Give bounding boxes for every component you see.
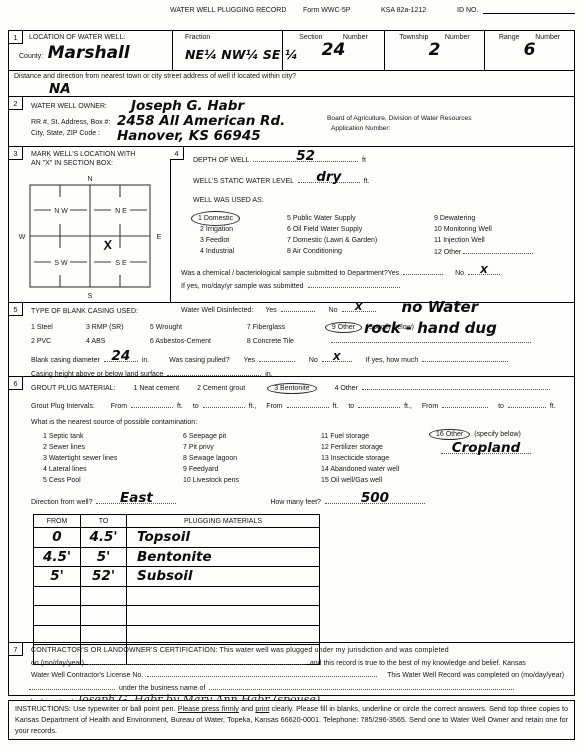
use-item: 9 Dewatering xyxy=(434,213,535,224)
column-header-materials: PLUGGING MATERIALS xyxy=(127,515,320,528)
contamination-other: 16 Other (specify below) Cropland xyxy=(433,431,531,486)
sample-no-mark: X xyxy=(480,266,488,276)
contamination-item: 4 Lateral lines xyxy=(43,464,183,475)
section-7-number: 7 xyxy=(9,643,23,656)
instructions-underline-2: print xyxy=(255,704,269,713)
county-value: Marshall xyxy=(48,43,130,63)
plugging-materials-table: FROM TO PLUGGING MATERIALS 0 4.5' Topsoi… xyxy=(33,514,320,665)
use-item: 12 Other xyxy=(434,249,461,256)
compass-s-label: S xyxy=(88,293,93,300)
contamination-column-1: 1 Septic tank 2 Sewer lines 3 Watertight… xyxy=(43,431,183,486)
ft-label: ft. xyxy=(550,403,556,410)
scanned-form-page: WATER WELL PLUGGING RECORD Form WWC-5P K… xyxy=(0,0,583,750)
interval-blank xyxy=(203,400,245,408)
section-4-well-details: 4 DEPTH OF WELL 52 ft WELL'S STATIC WATE… xyxy=(171,147,574,302)
feet-label: How many feet? xyxy=(270,499,321,506)
section-6-grout: 6 GROUT PLUG MATERIAL: 1 Neat cement 2 C… xyxy=(9,377,574,643)
business-name-blank xyxy=(209,682,514,690)
section-6-title: GROUT PLUG MATERIAL: xyxy=(31,385,116,392)
quadrant-se-label: S E xyxy=(115,260,127,267)
certification-date-label: on (mo/day/year) xyxy=(31,660,84,667)
business-name-label: under the business name of xyxy=(119,685,205,692)
cell-to: 52' xyxy=(81,570,126,584)
use-item: 4 Industrial xyxy=(195,246,287,257)
use-item: 1 Domestic xyxy=(198,215,233,222)
address-value: 2458 All American Rd. xyxy=(117,115,285,129)
grout-other-blank xyxy=(362,382,550,390)
section-1-number: 1 xyxy=(9,31,23,44)
section-number-label: Number xyxy=(343,34,368,41)
pulled-no-mark: X xyxy=(333,353,341,363)
casing-other-circle: 9 Other xyxy=(325,322,362,333)
cell-material: Topsoil xyxy=(127,531,319,545)
from-label: From xyxy=(422,403,438,410)
feet-blank: 500 xyxy=(325,496,425,504)
instructions-text-1: Use typewriter or ball point pen. xyxy=(71,704,178,713)
direction-value: East xyxy=(120,492,153,506)
contamination-item: 8 Sewage lagoon xyxy=(183,453,321,464)
column-header-from: FROM xyxy=(34,515,81,528)
contamination-other-circle: 16 Other xyxy=(429,429,470,440)
direction-blank: East xyxy=(96,496,176,504)
cell-from: 5' xyxy=(34,570,80,584)
section-3-title-line1: MARK WELL'S LOCATION WITH xyxy=(9,147,170,159)
contamination-column-2: 6 Seepage pit 7 Pit privy 8 Sewage lagoo… xyxy=(183,431,321,486)
instructions-text-2: and xyxy=(239,704,255,713)
county-label: County: xyxy=(19,53,43,60)
contamination-question: What is the nearest source of possible c… xyxy=(31,419,197,426)
to-label: to xyxy=(348,403,354,410)
well-location-x-mark: X xyxy=(101,237,114,253)
depth-unit: ft xyxy=(362,157,366,164)
from-label: From xyxy=(266,403,282,410)
certification-line-1: CONTRACTOR'S OR LANDOWNER'S CERTIFICATIO… xyxy=(31,647,566,654)
grout-option: 1 Neat cement xyxy=(134,385,180,392)
cell-to: 4.5' xyxy=(81,531,126,545)
uses-column-3: 9 Dewatering 10 Monitoring Well 11 Injec… xyxy=(434,213,535,258)
intervals-label: Grout Plug Intervals: xyxy=(31,403,95,410)
id-no-blank xyxy=(483,6,575,14)
section-2-number: 2 xyxy=(9,97,23,110)
contamination-item: 6 Seepage pit xyxy=(183,431,321,442)
use-item: 7 Domestic (Lawn & Garden) xyxy=(287,235,434,246)
casing-diameter-blank: 24 xyxy=(104,354,138,362)
use-item: 10 Monitoring Well xyxy=(434,224,535,235)
grout-option: 4 Other xyxy=(335,385,358,392)
table-row xyxy=(34,586,320,606)
casing-pulled-label: Was casing pulled? xyxy=(169,357,229,364)
contamination-item: 16 Other xyxy=(436,431,463,438)
used-as-label: WELL WAS USED AS: xyxy=(193,197,264,204)
sample-question: Was a chemical / bacteriological sample … xyxy=(181,270,388,277)
contamination-item: 1 Septic tank xyxy=(43,431,183,442)
cell-to: 5' xyxy=(81,551,126,565)
use-item: 3 Feedlot xyxy=(195,235,287,246)
depth-value: 52 xyxy=(296,150,315,164)
casing-option: 9 Other xyxy=(332,324,355,331)
contamination-item: 13 Insecticide storage xyxy=(321,453,433,464)
pulled-yes-blank xyxy=(259,354,295,362)
table-row xyxy=(34,625,320,645)
depth-blank: 52 xyxy=(253,154,358,162)
address-label: RR #, St. Address, Box #: xyxy=(31,119,110,127)
fraction-label: Fraction xyxy=(185,34,282,42)
interval-blank xyxy=(131,400,173,408)
depth-label: DEPTH OF WELL xyxy=(193,157,249,164)
contamination-item: 14 Abandoned water well xyxy=(321,464,433,475)
compass-n-label: N xyxy=(87,176,92,183)
city-label: City, State, ZIP Code : xyxy=(31,130,100,138)
section-3-4-row: 3 MARK WELL'S LOCATION WITH AN "X" IN SE… xyxy=(9,147,574,303)
static-level-unit: ft. xyxy=(364,178,370,185)
range-value: 6 xyxy=(485,42,574,59)
section-5-title: TYPE OF BLANK CASING USED: xyxy=(31,308,568,316)
table-header-row: FROM TO PLUGGING MATERIALS xyxy=(34,515,320,528)
record-completed-blank xyxy=(29,682,115,690)
table-row: 5' 52' Subsoil xyxy=(34,567,320,587)
how-much-blank xyxy=(422,354,508,362)
contamination-other-value: Cropland xyxy=(452,442,521,456)
to-label: to xyxy=(498,403,504,410)
license-label: Water Well Contractor's License No. xyxy=(31,672,143,679)
casing-diameter-unit: in. xyxy=(142,357,149,364)
owner-value: Joseph G. Habr xyxy=(131,100,244,114)
casing-option: 5 Wrought xyxy=(150,324,245,331)
quadrant-sw-label: S W xyxy=(54,260,68,267)
section-6-number: 6 xyxy=(9,377,23,390)
use-item: 6 Oil Field Water Supply xyxy=(287,224,434,235)
use-other-blank xyxy=(463,246,533,254)
certification-line-2: and this record is true to the best of m… xyxy=(310,660,526,667)
use-item: 5 Public Water Supply xyxy=(287,213,434,224)
section-5-casing: 5 TYPE OF BLANK CASING USED: 1 Steel 3 R… xyxy=(9,303,574,377)
quadrant-ne-label: N E xyxy=(115,208,127,215)
use-item: 2 Irrigation xyxy=(195,224,287,235)
ft-comma-label: ft., xyxy=(404,403,412,410)
form-body: 1 LOCATION OF WATER WELL: County: Marsha… xyxy=(8,30,575,696)
section-4-number: 4 xyxy=(170,147,184,160)
cell-from: 4.5' xyxy=(34,551,80,565)
contamination-item: 11 Fuel storage xyxy=(321,431,433,442)
statute-ref: KSA 82a-1212 xyxy=(381,7,426,15)
instructions-underline-1: Please press firmly xyxy=(178,704,239,713)
section-3-number: 3 xyxy=(9,147,23,160)
form-number: Form WWC-5P xyxy=(303,7,350,15)
contamination-item: 12 Fertilizer storage xyxy=(321,442,433,453)
quadrant-nw-label: N W xyxy=(54,208,68,215)
section-1-title: LOCATION OF WATER WELL: xyxy=(29,34,172,42)
casing-option: 2 PVC xyxy=(31,338,84,345)
interval-blank xyxy=(287,400,329,408)
use-item: 11 Injection Well xyxy=(434,235,535,246)
column-header-to: TO xyxy=(81,515,127,528)
cell-material: Subsoil xyxy=(127,570,319,584)
city-value: Hanover, KS 66945 xyxy=(117,130,261,144)
interval-blank xyxy=(442,400,488,408)
table-row: 0 4.5' Topsoil xyxy=(34,528,320,548)
contamination-item: 10 Livestock pens xyxy=(183,475,321,486)
pulled-no-blank: X xyxy=(322,354,352,362)
direction-label: Direction from well? xyxy=(31,499,92,506)
form-title: WATER WELL PLUGGING RECORD xyxy=(170,7,286,15)
contamination-item: 9 Feedyard xyxy=(183,464,321,475)
instructions-box: INSTRUCTIONS: Use typewriter or ball poi… xyxy=(8,700,575,740)
distance-value: NA xyxy=(49,83,574,97)
casing-height-blank xyxy=(167,368,261,376)
cell-from: 0 xyxy=(34,531,80,545)
sample-yes-blank xyxy=(403,267,443,275)
interval-blank xyxy=(508,400,546,408)
instructions-label: INSTRUCTIONS: xyxy=(15,704,71,713)
license-blank xyxy=(147,669,377,677)
to-label: to xyxy=(193,403,199,410)
contamination-item: 2 Sewer lines xyxy=(43,442,183,453)
section-5-number: 5 xyxy=(9,303,23,316)
if-yes-label: If yes, mo/day/yr sample was submitted xyxy=(181,283,304,290)
table-row: 4.5' 5' Bentonite xyxy=(34,547,320,567)
casing-option: 1 Steel xyxy=(31,324,84,331)
certification-date-blank xyxy=(88,657,306,665)
uses-column-2: 5 Public Water Supply 6 Oil Field Water … xyxy=(287,213,434,258)
casing-other-value: rock - hand dug xyxy=(364,321,497,336)
section-7-certification: 7 CONTRACTOR'S OR LANDOWNER'S CERTIFICAT… xyxy=(9,643,574,695)
pulled-yes-label: Yes xyxy=(244,357,255,364)
ft-label: ft. xyxy=(333,403,339,410)
board-label: Board of Agriculture, Division of Water … xyxy=(327,115,472,124)
compass-w-label: W xyxy=(19,234,26,241)
cell-material: Bentonite xyxy=(127,551,319,565)
sample-date-blank xyxy=(308,280,400,288)
how-much-label: If yes, how much xyxy=(366,357,419,364)
township-value: 2 xyxy=(385,42,484,59)
section-2-owner: 2 WATER WELL OWNER: RR #, St. Address, B… xyxy=(9,97,574,147)
contamination-other-blank: Cropland xyxy=(441,446,531,454)
sample-no-label: No xyxy=(455,270,464,277)
table-row xyxy=(34,606,320,626)
section-1-location: 1 LOCATION OF WATER WELL: County: Marsha… xyxy=(9,31,574,97)
static-level-value: dry xyxy=(316,171,341,185)
casing-option: 7 Fiberglass xyxy=(247,324,327,331)
static-level-blank: dry xyxy=(298,175,360,183)
contamination-item: 3 Watertight sewer lines xyxy=(43,453,183,464)
feet-value: 500 xyxy=(361,492,389,506)
sample-yes-label: Yes xyxy=(388,270,399,277)
casing-other-blank xyxy=(331,335,531,343)
casing-diameter-label: Blank casing diameter xyxy=(31,357,100,364)
static-level-label: WELL'S STATIC WATER LEVEL xyxy=(193,178,294,185)
section-3-title-line2: AN "X" IN SECTION BOX: xyxy=(9,159,170,168)
interval-blank xyxy=(358,400,400,408)
distance-question: Distance and direction from nearest town… xyxy=(14,73,574,81)
casing-option: 3 RMP (SR) xyxy=(86,324,148,331)
use-item: 8 Air Conditioning xyxy=(287,246,434,257)
contamination-column-3: 11 Fuel storage 12 Fertilizer storage 13… xyxy=(321,431,433,486)
grout-bentonite-circle: 3 Bentonite xyxy=(267,383,316,394)
section-box-diagram: N S W E N W N E S W S E X xyxy=(14,171,166,301)
casing-option: 4 ABS xyxy=(86,338,148,345)
application-number-label: Application Number: xyxy=(331,125,390,134)
casing-diameter-value: 24 xyxy=(111,350,130,364)
section-3-location-box: 3 MARK WELL'S LOCATION WITH AN "X" IN SE… xyxy=(9,147,171,302)
township-number-label: Number xyxy=(445,34,470,41)
from-label: From xyxy=(111,403,127,410)
contamination-item: 15 Oil well/Gas well xyxy=(321,475,433,486)
grout-option: 3 Bentonite xyxy=(274,385,309,392)
owner-label: WATER WELL OWNER: xyxy=(31,103,107,111)
compass-e-label: E xyxy=(157,234,162,241)
ft-comma-label: ft., xyxy=(249,403,257,410)
ft-label: ft. xyxy=(177,403,183,410)
contamination-item: 7 Pit privy xyxy=(183,442,321,453)
range-number-label: Number xyxy=(535,34,560,41)
section-col-label: Section xyxy=(299,34,322,41)
contamination-other-specify: (specify below) xyxy=(474,431,521,438)
section-value: 24 xyxy=(283,42,384,59)
contamination-item: 5 Cess Pool xyxy=(43,475,183,486)
casing-option: 6 Asbestos-Cement xyxy=(150,338,245,345)
fraction-value: NE¼ NW¼ SE ¼ xyxy=(185,49,282,62)
grout-option: 2 Cement grout xyxy=(197,385,245,392)
sample-no-blank: X xyxy=(468,267,500,275)
casing-option: 8 Concrete Tile xyxy=(247,338,327,345)
id-no-label: ID NO. xyxy=(457,7,478,15)
record-completed-label: This Water Well Record was completed on … xyxy=(387,672,564,679)
pulled-no-label: No xyxy=(309,357,318,364)
range-col-label: Range xyxy=(499,34,520,41)
uses-column-1: 1 Domestic 2 Irrigation 3 Feedlot 4 Indu… xyxy=(195,213,287,258)
township-col-label: Township xyxy=(399,34,428,41)
